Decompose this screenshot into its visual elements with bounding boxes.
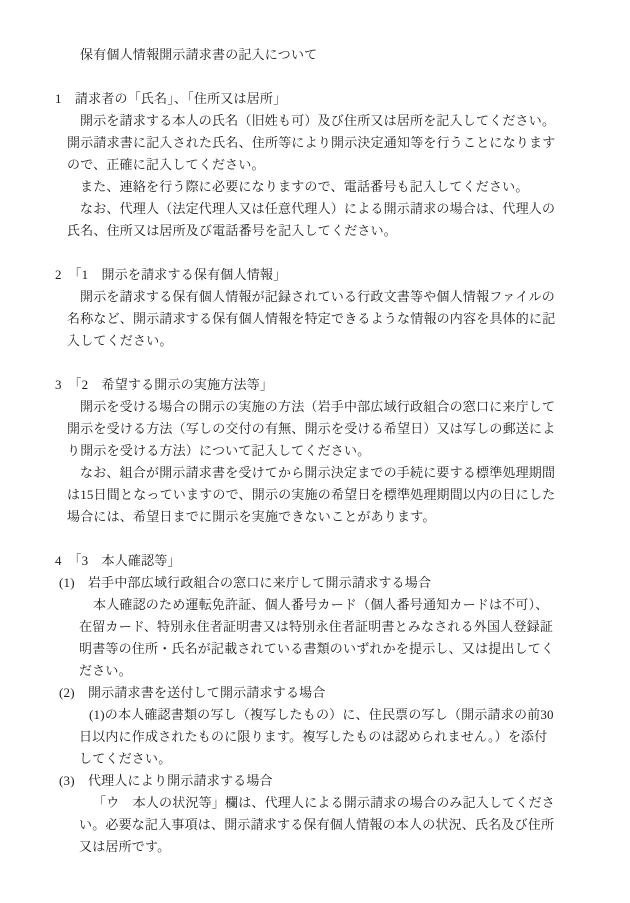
doc-line: 氏名、住所又は居所及び電話番号を記入してください。 <box>0 220 630 242</box>
doc-line: は15日間となっていますので、開示の実施の希望日を標準処理期間以内の日にした <box>0 484 630 506</box>
doc-line: ださい。 <box>0 660 630 682</box>
doc-line: 開示請求書に記入された氏名、住所等により開示決定通知等を行うことになります <box>0 132 630 154</box>
doc-line: ので、正確に記入してください。 <box>0 154 630 176</box>
sub-item-2: (2) 開示請求書を送付して開示請求する場合 <box>0 682 630 704</box>
doc-line: 場合には、希望日までに開示を実施できないことがあります。 <box>0 506 630 528</box>
doc-line: してください。 <box>0 748 630 770</box>
doc-line: 日以内に作成されたものに限ります。複写したものは認められません。）を添付 <box>0 726 630 748</box>
doc-line: り開示を受ける方法）について記入してください。 <box>0 440 630 462</box>
doc-line: 開示を受ける場合の開示の実施の方法（岩手中部広域行政組合の窓口に来庁して <box>0 396 630 418</box>
doc-line: 「ウ 本人の状況等」欄は、代理人による開示請求の場合のみ記入してくださ <box>0 792 630 814</box>
doc-line: い。必要な記入事項は、開示請求する保有個人情報の本人の状況、氏名及び住所 <box>0 814 630 836</box>
blank <box>0 66 630 88</box>
sub-item-1: (1) 岩手中部広域行政組合の窓口に来庁して開示請求する場合 <box>0 572 630 594</box>
blank <box>0 242 630 264</box>
doc-line: 本人確認のため運転免許証、個人番号カード（個人番号通知カードは不可）、 <box>0 594 630 616</box>
doc-line: 入してください。 <box>0 330 630 352</box>
doc-line: (1)の本人確認書類の写し（複写したもの）に、住民票の写し（開示請求の前30 <box>0 704 630 726</box>
document-body: 保有個人情報開示請求書の記入について1 請求者の「氏名」、「住所又は居所」開示を… <box>0 44 630 858</box>
section-heading-4: 4 「3 本人確認等」 <box>0 550 630 572</box>
doc-line: 開示を受ける方法（写しの交付の有無、開示を受ける希望日）又は写しの郵送によ <box>0 418 630 440</box>
doc-line: 在留カード、特別永住者証明書又は特別永住者証明書とみなされる外国人登録証 <box>0 616 630 638</box>
document-title: 保有個人情報開示請求書の記入について <box>0 44 630 66</box>
doc-line: なお、代理人（法定代理人又は任意代理人）による開示請求の場合は、代理人の <box>0 198 630 220</box>
section-heading-1: 1 請求者の「氏名」、「住所又は居所」 <box>0 88 630 110</box>
blank <box>0 528 630 550</box>
doc-line: 開示を請求する本人の氏名（旧姓も可）及び住所又は居所を記入してください。 <box>0 110 630 132</box>
section-heading-3: 3 「2 希望する開示の実施方法等」 <box>0 374 630 396</box>
section-heading-2: 2 「1 開示を請求する保有個人情報」 <box>0 264 630 286</box>
sub-item-3: (3) 代理人により開示請求する場合 <box>0 770 630 792</box>
doc-line: また、連絡を行う際に必要になりますので、電話番号も記入してください。 <box>0 176 630 198</box>
doc-line: 名称など、開示請求する保有個人情報を特定できるような情報の内容を具体的に記 <box>0 308 630 330</box>
document-page: 保有個人情報開示請求書の記入について1 請求者の「氏名」、「住所又は居所」開示を… <box>0 0 630 903</box>
doc-line: 又は居所です。 <box>0 836 630 858</box>
doc-line: なお、組合が開示請求書を受けてから開示決定までの手続に要する標準処理期間 <box>0 462 630 484</box>
blank <box>0 352 630 374</box>
doc-line: 開示を請求する保有個人情報が記録されている行政文書等や個人情報ファイルの <box>0 286 630 308</box>
doc-line: 明書等の住所・氏名が記載されている書類のいずれかを提示し、又は提出してく <box>0 638 630 660</box>
